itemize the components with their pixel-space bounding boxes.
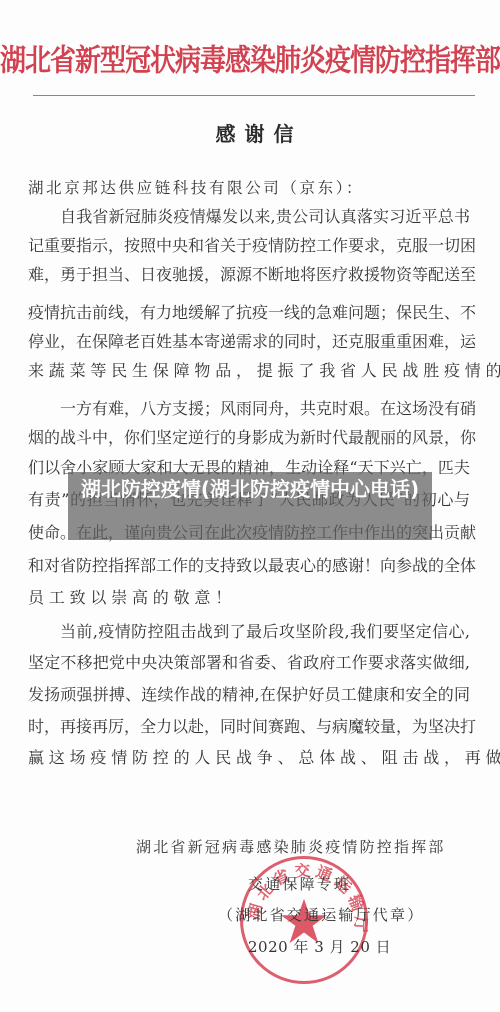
paragraph-2-line: 烟的战斗中，你们坚定逆行的身影成为新时代最靓丽的风景，你: [28, 427, 470, 449]
paragraph-1-line: 难，勇于担当、日夜驰援，源源不断地将医疗救援物资等配送至: [28, 264, 470, 286]
paragraph-3-line: 时，再接再厉，全力以赴，同时间赛跑、与病魔较量，为坚决打: [28, 716, 470, 738]
paragraph-2-line: 一方有难，八方支援；风雨同舟，共克时艰。在这场没有硝: [60, 398, 470, 420]
letter-salutation: 湖北京邦达供应链科技有限公司（京东）：: [28, 176, 364, 198]
signature-seal-note: （湖北省交通运输厅代章）: [218, 904, 424, 925]
letterhead-organization: 湖北省新型冠状病毒感染肺炎疫情防控指挥部: [0, 37, 500, 80]
caption-text: 湖北防控疫情(湖北防控疫情中心电话): [78, 476, 422, 503]
paragraph-2-line: 和对省防控指挥部工作的支持致以最衷心的感谢！向参战的全体: [28, 555, 470, 577]
paragraph-1-line: 自我省新冠肺炎疫情爆发以来,贵公司认真落实习近平总书: [60, 206, 470, 228]
signature-department: 交通保障专班: [248, 873, 351, 894]
paragraph-1-line: 疫情抗击前线，有力地缓解了抗疫一线的急难问题；保民生、不: [28, 302, 470, 324]
paragraph-3-line: 发扬顽强拼搏、连续作战的精神,在保护好员工健康和安全的同: [28, 684, 470, 706]
caption-overlay: 湖北防控疫情(湖北防控疫情中心电话): [68, 472, 432, 540]
signature-date: 2020 年 3 月 20 日: [248, 936, 391, 957]
letter-title: 感谢信: [0, 118, 500, 147]
paragraph-3-line: 坚定不移把党中央决策部署和省委、省政府工作要求落实做细,: [28, 652, 470, 674]
letterhead-divider: [33, 95, 475, 96]
paragraph-1-line: 停业，在保障老百姓基本寄递需求的同时，还克服重重困难，运: [28, 331, 470, 353]
paragraph-1-line: 来蔬菜等民生保障物品，提振了我省人民战胜疫情的信心！: [28, 360, 470, 382]
paragraph-1-line: 记重要指示，按照中央和省关于疫情防控工作要求，克服一切困: [28, 235, 470, 257]
document-page: 湖北省新型冠状病毒感染肺炎疫情防控指挥部 感谢信 湖北京邦达供应链科技有限公司（…: [0, 0, 500, 1012]
paragraph-3-line: 赢这场疫情防控的人民战争、总体战、阻击战，再做贡献。: [28, 747, 470, 769]
paragraph-3-line: 当前,疫情防控阻击战到了最后攻坚阶段,我们要坚定信心,: [60, 621, 470, 643]
paragraph-2-line: 员工致以崇高的敬意！: [28, 587, 470, 609]
signature-issuer: 湖北省新冠病毒感染肺炎疫情防控指挥部: [136, 836, 446, 857]
